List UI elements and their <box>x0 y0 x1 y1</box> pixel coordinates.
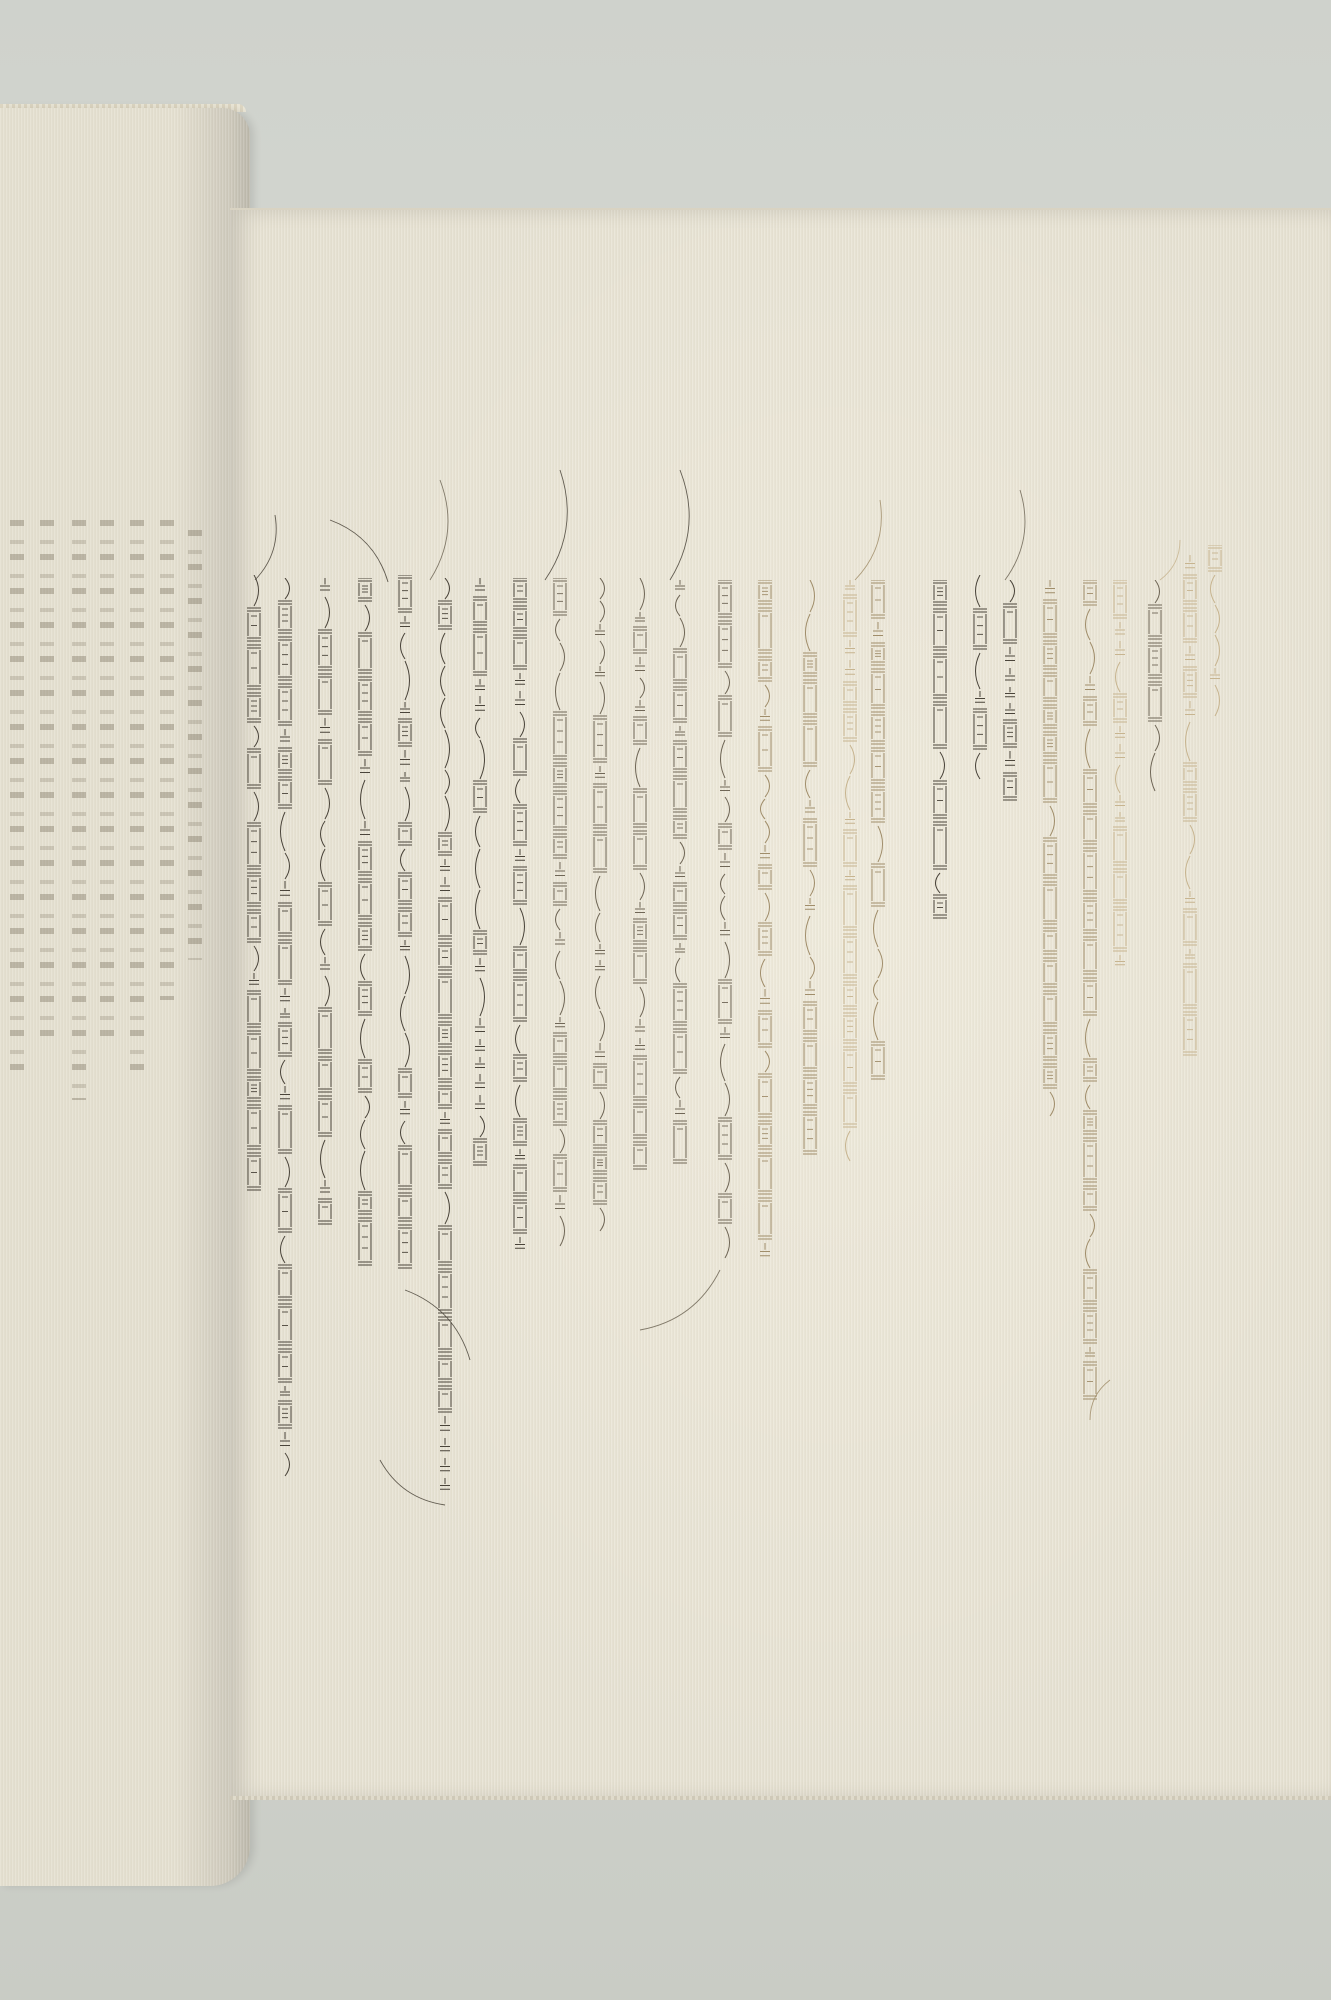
stitched-glyph-column <box>469 578 491 1195</box>
stitched-glyph-column <box>1179 555 1201 1060</box>
stitched-glyph-column <box>1144 580 1166 810</box>
stitched-glyph-column <box>867 580 889 1100</box>
stitched-glyph-column <box>1039 580 1061 1140</box>
faint-stitch-column <box>160 520 174 1000</box>
stitched-glyph-column <box>754 580 776 1270</box>
stitched-glyph-column <box>669 580 691 1170</box>
stitched-glyph-column <box>999 580 1021 820</box>
stitched-glyph-column <box>243 575 265 1215</box>
stitched-glyph-column <box>839 580 861 1180</box>
stitched-glyph-column <box>274 578 296 1508</box>
stitched-glyph-column <box>1109 580 1131 1000</box>
stitched-glyph-column <box>929 580 951 950</box>
rolled-scroll <box>0 108 250 1886</box>
faint-stitch-column <box>40 520 54 1050</box>
faint-stitch-column <box>10 520 24 1080</box>
stitched-glyph-column <box>969 575 991 785</box>
faint-stitch-column <box>100 520 114 1040</box>
stitched-glyph-column <box>354 578 376 1270</box>
stitched-glyph-column <box>394 575 416 1290</box>
stitched-glyph-column <box>629 578 651 1170</box>
stitched-glyph-column <box>314 578 336 1232</box>
stitched-glyph-column <box>799 580 821 1185</box>
stitched-glyph-column <box>549 578 571 1265</box>
stitched-glyph-column <box>714 580 736 1265</box>
stitched-glyph-column <box>1079 580 1101 1420</box>
stitched-glyph-column <box>434 578 456 1505</box>
faint-stitch-column <box>130 520 144 1070</box>
faint-stitch-column <box>72 520 86 1100</box>
stitched-glyph-column <box>589 578 611 1255</box>
stitched-glyph-column <box>509 578 531 1280</box>
fabric-bottom-edge <box>230 1796 1331 1800</box>
faint-stitch-column <box>188 530 202 960</box>
stitched-glyph-column <box>1204 545 1226 760</box>
